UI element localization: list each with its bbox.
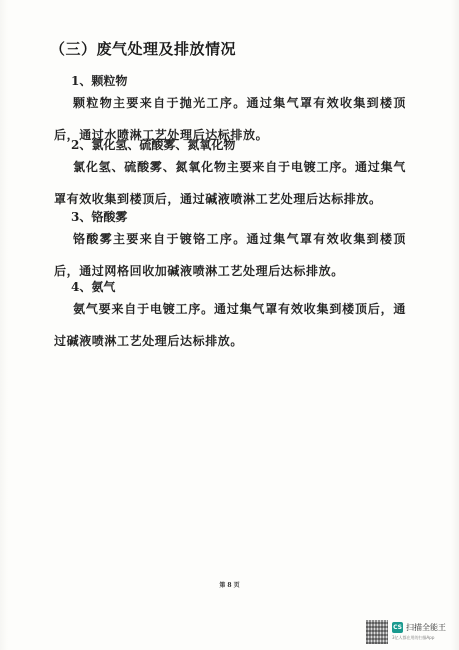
qr-code-icon [366, 620, 388, 644]
section-heading: （三）废气处理及排放情况 [50, 38, 236, 59]
camscanner-logo-icon: CS [392, 622, 403, 633]
watermark-tagline: 3亿人都在用的扫描App [392, 635, 434, 641]
item-body-hcl-acid-nox: 氯化氢、硫酸雾、氮氧化物主要来自于电镀工序。通过集气罩有效收集到楼顶后，通过碱液… [54, 151, 406, 215]
document-page: （三）废气处理及排放情况 1、颗粒物 颗粒物主要来自于抛光工序。通过集气罩有效收… [0, 0, 459, 650]
item-body-ammonia: 氨气要来自于电镀工序。通过集气罩有效收集到楼顶后，通过碱液喷淋工艺处理后达标排放… [54, 293, 406, 357]
scanner-watermark: CS 扫描全能王 3亿人都在用的扫描App [366, 620, 456, 646]
page-number: 第 8 页 [0, 580, 459, 589]
watermark-app-name: 扫描全能王 [406, 622, 446, 633]
